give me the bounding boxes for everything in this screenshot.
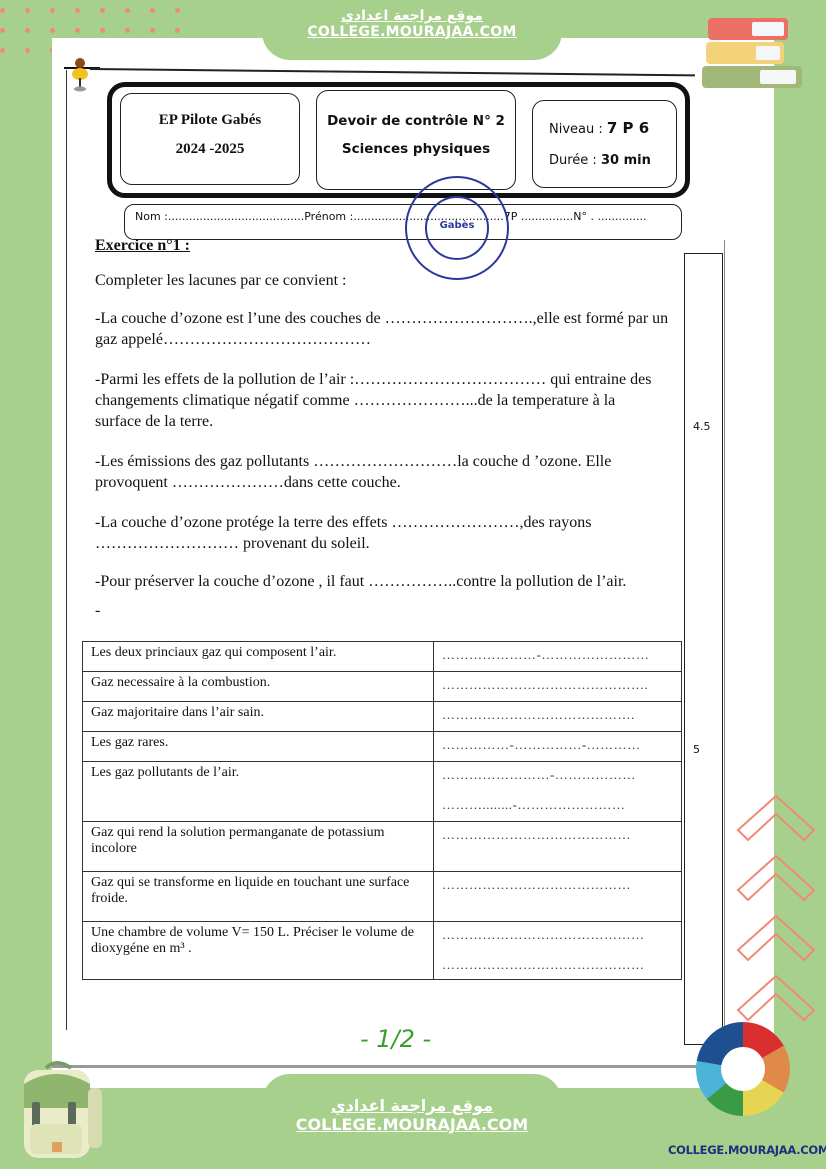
chevron-up-icon — [736, 852, 816, 904]
student-info-row[interactable]: Nom :...................................… — [124, 204, 682, 240]
answer-cell[interactable]: ……………-……………-………… — [434, 732, 682, 762]
chevron-up-icon — [736, 792, 816, 844]
answer-cell[interactable]: …………………………………… — [434, 822, 682, 872]
answer-cell[interactable]: ……………………-………………………........-…………………… — [434, 762, 682, 822]
question-cell: Les gaz rares. — [83, 732, 434, 762]
answer-blank[interactable]: ……………………………………… — [442, 927, 673, 943]
site-domain-link[interactable]: COLLEGE.MOURAJAA.COM — [262, 24, 562, 40]
level-label: Niveau : — [549, 122, 603, 137]
site-banner-top[interactable]: موقع مراجعة اعدادي COLLEGE.MOURAJAA.COM — [262, 0, 562, 60]
answer-cell[interactable]: ………………………………………. — [434, 672, 682, 702]
answer-blank[interactable]: ……………-……………-………… — [442, 737, 673, 753]
exam-subject: Sciences physiques — [317, 141, 515, 157]
question-cell: Gaz majoritaire dans l’air sain. — [83, 702, 434, 732]
answer-blank[interactable]: ………........-…………………… — [442, 797, 673, 813]
answer-blank[interactable]: …………………………………… — [442, 827, 673, 843]
school-box: EP Pilote Gabés 2024 -2025 — [120, 93, 300, 185]
site-logo-wheel — [696, 1022, 790, 1116]
duration-value: 30 min — [601, 153, 651, 168]
answer-blank[interactable]: …………………………………… — [442, 877, 673, 893]
fill-in-paragraph[interactable]: -Les émissions des gaz pollutants ………………… — [95, 451, 665, 493]
answer-blank[interactable]: ………………………………………. — [442, 677, 673, 693]
question-cell: Les deux princiaux gaz qui composent l’a… — [83, 642, 434, 672]
table-row: Les deux princiaux gaz qui composent l’a… — [83, 642, 682, 672]
books-icon — [700, 10, 810, 90]
table-row: Les gaz pollutants de l’air.……………………-………… — [83, 762, 682, 822]
sheet-edge — [52, 1065, 742, 1068]
question-cell: Une chambre de volume V= 150 L. Préciser… — [83, 922, 434, 980]
score-part-2: 5 — [693, 743, 700, 756]
fill-in-paragraph[interactable]: -Parmi les effets de la pollution de l’a… — [95, 369, 665, 432]
table-row: Gaz majoritaire dans l’air sain.……………………… — [83, 702, 682, 732]
table-row: Gaz qui se transforme en liquide en touc… — [83, 872, 682, 922]
table-row: Gaz qui rend la solution permanganate de… — [83, 822, 682, 872]
site-arabic-name: موقع مراجعة اعدادي — [262, 0, 562, 24]
score-column — [684, 253, 723, 1045]
level-value: 7 P 6 — [607, 119, 649, 137]
brand-label[interactable]: COLLEGE.MOURAJAA.COM — [668, 1143, 826, 1157]
site-arabic-name: موقع مراجعة اعدادي — [262, 1074, 562, 1115]
question-cell: Les gaz pollutants de l’air. — [83, 762, 434, 822]
chevron-up-icon — [736, 912, 816, 964]
answer-blank[interactable]: ……………………………………. — [442, 707, 673, 723]
answer-cell[interactable]: ……………………………………………………………………………… — [434, 922, 682, 980]
answer-blank[interactable]: …………………-…………………… — [442, 647, 673, 663]
pushpin-icon — [62, 58, 102, 94]
answer-blank[interactable]: ……………………………………… — [442, 957, 673, 973]
questions-table: Les deux princiaux gaz qui composent l’a… — [82, 641, 682, 980]
school-year: 2024 -2025 — [121, 141, 299, 158]
site-domain-link[interactable]: COLLEGE.MOURAJAA.COM — [262, 1115, 562, 1134]
fill-in-paragraph[interactable]: -Pour préserver la couche d’ozone , il f… — [95, 571, 690, 592]
answer-blank[interactable]: ……………………-……………… — [442, 767, 673, 783]
question-cell: Gaz qui rend la solution permanganate de… — [83, 822, 434, 872]
exam-title: Devoir de contrôle N° 2 — [317, 113, 515, 129]
score-part-1: 4.5 — [693, 420, 711, 433]
school-stamp: Gabès — [405, 176, 509, 280]
site-banner-bottom[interactable]: موقع مراجعة اعدادي COLLEGE.MOURAJAA.COM — [262, 1074, 562, 1169]
fill-in-paragraph[interactable]: -La couche d’ozone est l’une des couches… — [95, 308, 690, 350]
duration-label: Durée : — [549, 153, 597, 168]
table-row: Une chambre de volume V= 150 L. Préciser… — [83, 922, 682, 980]
sheet-edge — [724, 240, 725, 1040]
sheet-edge — [66, 70, 67, 1030]
backpack-icon — [16, 1058, 108, 1163]
exercise-instructions: Completer les lacunes par ce convient : — [95, 272, 346, 290]
fill-in-paragraph[interactable]: -La couche d’ozone protége la terre des … — [95, 512, 655, 554]
stamp-text: Gabès — [407, 220, 507, 231]
chevron-up-icon — [736, 972, 816, 1024]
exam-title-box: Devoir de contrôle N° 2 Sciences physiqu… — [316, 90, 516, 190]
exam-info-box: Niveau : 7 P 6 Durée : 30 min — [532, 100, 677, 188]
exercise-title: Exercice n°1 : — [95, 237, 190, 255]
question-cell: Gaz qui se transforme en liquide en touc… — [83, 872, 434, 922]
answer-cell[interactable]: …………………………………… — [434, 872, 682, 922]
fill-in-paragraph: - — [95, 600, 690, 621]
page-number: - 1/2 - — [360, 1025, 431, 1053]
school-name: EP Pilote Gabés — [121, 112, 299, 129]
table-row: Gaz necessaire à la combustion.………………………… — [83, 672, 682, 702]
answer-cell[interactable]: ……………………………………. — [434, 702, 682, 732]
answer-cell[interactable]: …………………-…………………… — [434, 642, 682, 672]
table-row: Les gaz rares.……………-……………-………… — [83, 732, 682, 762]
question-cell: Gaz necessaire à la combustion. — [83, 672, 434, 702]
